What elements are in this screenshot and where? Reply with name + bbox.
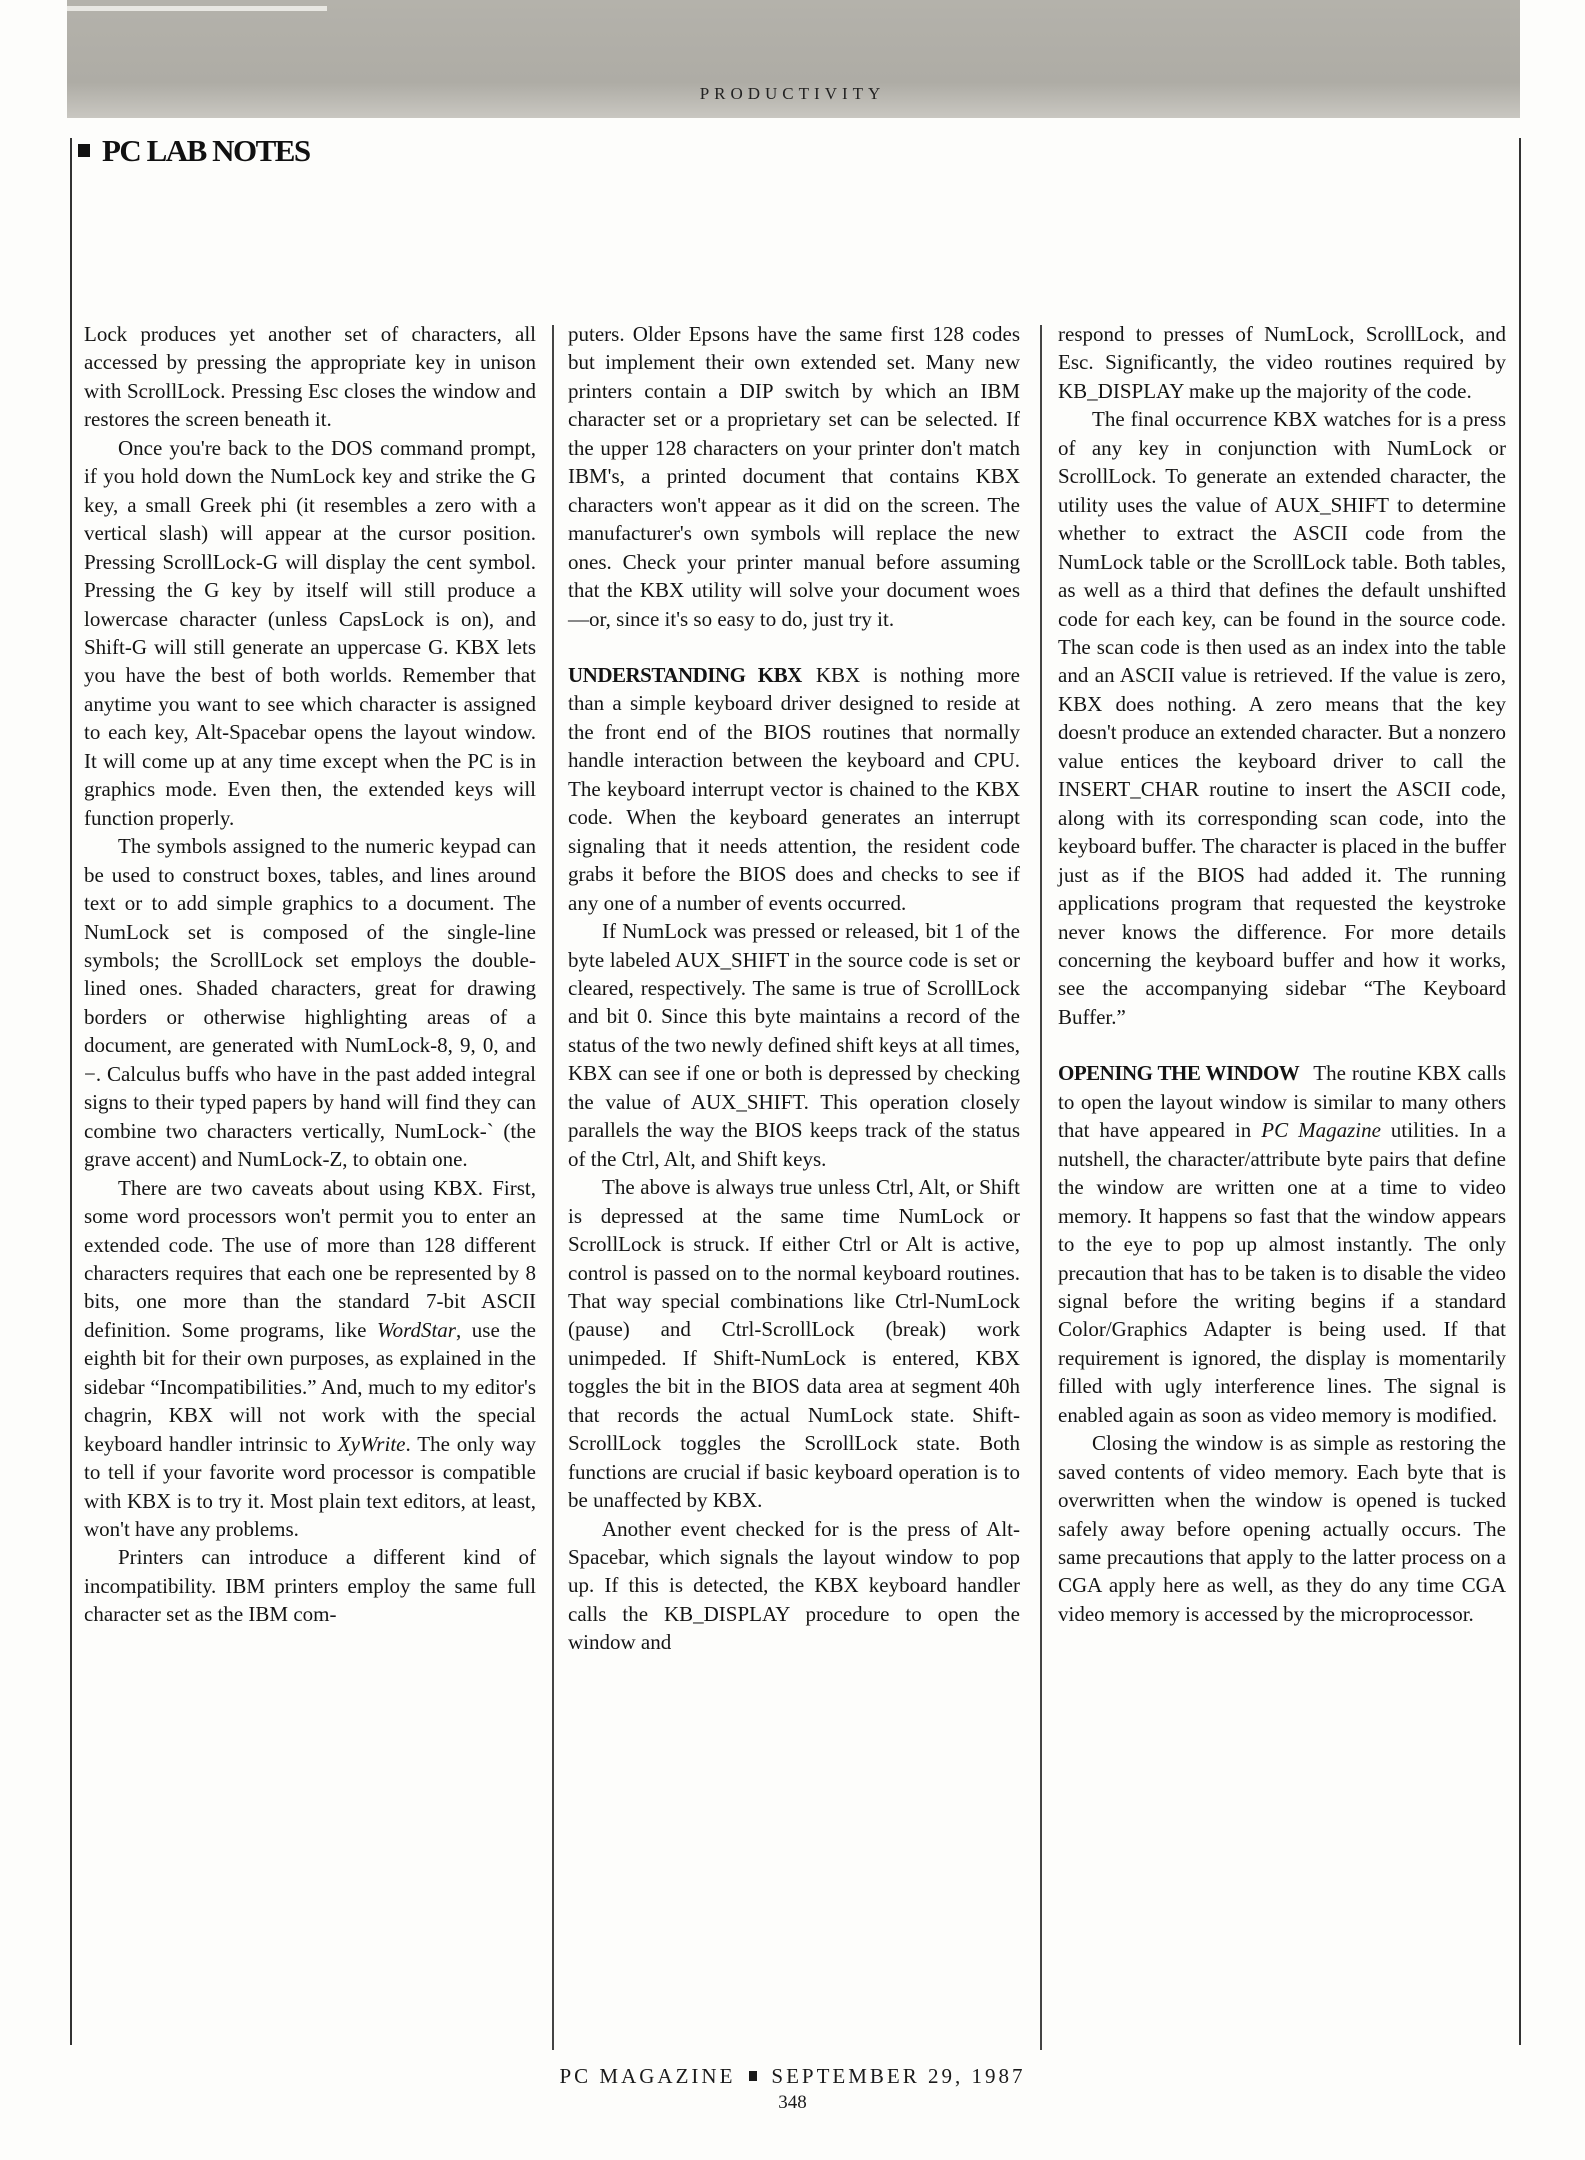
article-column-2: puters. Older Epsons have the same first…	[568, 320, 1020, 1657]
article-column-3: respond to presses of NumLock, ScrollLoc…	[1058, 320, 1506, 1628]
subhead-paragraph: OPENING THE WINDOWThe routine KBX calls …	[1058, 1059, 1506, 1429]
italic-title: XyWrite	[338, 1432, 406, 1456]
paragraph: Closing the window is as simple as resto…	[1058, 1429, 1506, 1628]
paragraph: If NumLock was pressed or released, bit …	[568, 917, 1020, 1173]
subhead-paragraph: UNDERSTANDING KBXKBX is nothing more tha…	[568, 661, 1020, 917]
paragraph: There are two caveats about using KBX. F…	[84, 1174, 536, 1544]
rubric-title: PC LAB NOTES	[78, 133, 310, 169]
paragraph: Printers can introduce a different kind …	[84, 1543, 536, 1628]
publication-name: PC MAGAZINE	[559, 2064, 735, 2088]
subhead: OPENING THE WINDOW	[1058, 1061, 1299, 1085]
text-run: utilities. In a nutshell, the character/…	[1058, 1118, 1506, 1427]
subhead: UNDERSTANDING KBX	[568, 663, 802, 687]
paragraph: respond to presses of NumLock, ScrollLoc…	[1058, 320, 1506, 405]
paragraph: Another event checked for is the press o…	[568, 1515, 1020, 1657]
italic-title: WordStar	[377, 1318, 456, 1342]
italic-title: PC Magazine	[1261, 1118, 1381, 1142]
column-divider	[1040, 325, 1042, 2050]
paragraph: The symbols assigned to the numeric keyp…	[84, 832, 536, 1173]
paragraph: puters. Older Epsons have the same first…	[568, 320, 1020, 633]
column-divider	[552, 325, 554, 2050]
page-number: 348	[0, 2092, 1585, 2114]
paragraph: Once you're back to the DOS command prom…	[84, 434, 536, 832]
header-band-strip	[67, 6, 327, 11]
page-footer: PC MAGAZINESEPTEMBER 29, 1987	[0, 2064, 1585, 2089]
bullet-square-icon	[749, 2071, 757, 2081]
paragraph: The above is always true unless Ctrl, Al…	[568, 1173, 1020, 1514]
section-label: PRODUCTIVITY	[0, 84, 1585, 104]
paragraph: Lock produces yet another set of charact…	[84, 320, 536, 434]
issue-date: SEPTEMBER 29, 1987	[771, 2064, 1025, 2088]
frame-right-rule	[1519, 138, 1521, 2045]
rubric-text: PC LAB NOTES	[102, 133, 310, 168]
article-column-1: Lock produces yet another set of charact…	[84, 320, 536, 1629]
frame-left-rule	[70, 138, 72, 2045]
paragraph: The final occurrence KBX watches for is …	[1058, 405, 1506, 1031]
bullet-square-icon	[78, 144, 90, 157]
text-run: KBX is nothing more than a simple keyboa…	[568, 663, 1020, 915]
